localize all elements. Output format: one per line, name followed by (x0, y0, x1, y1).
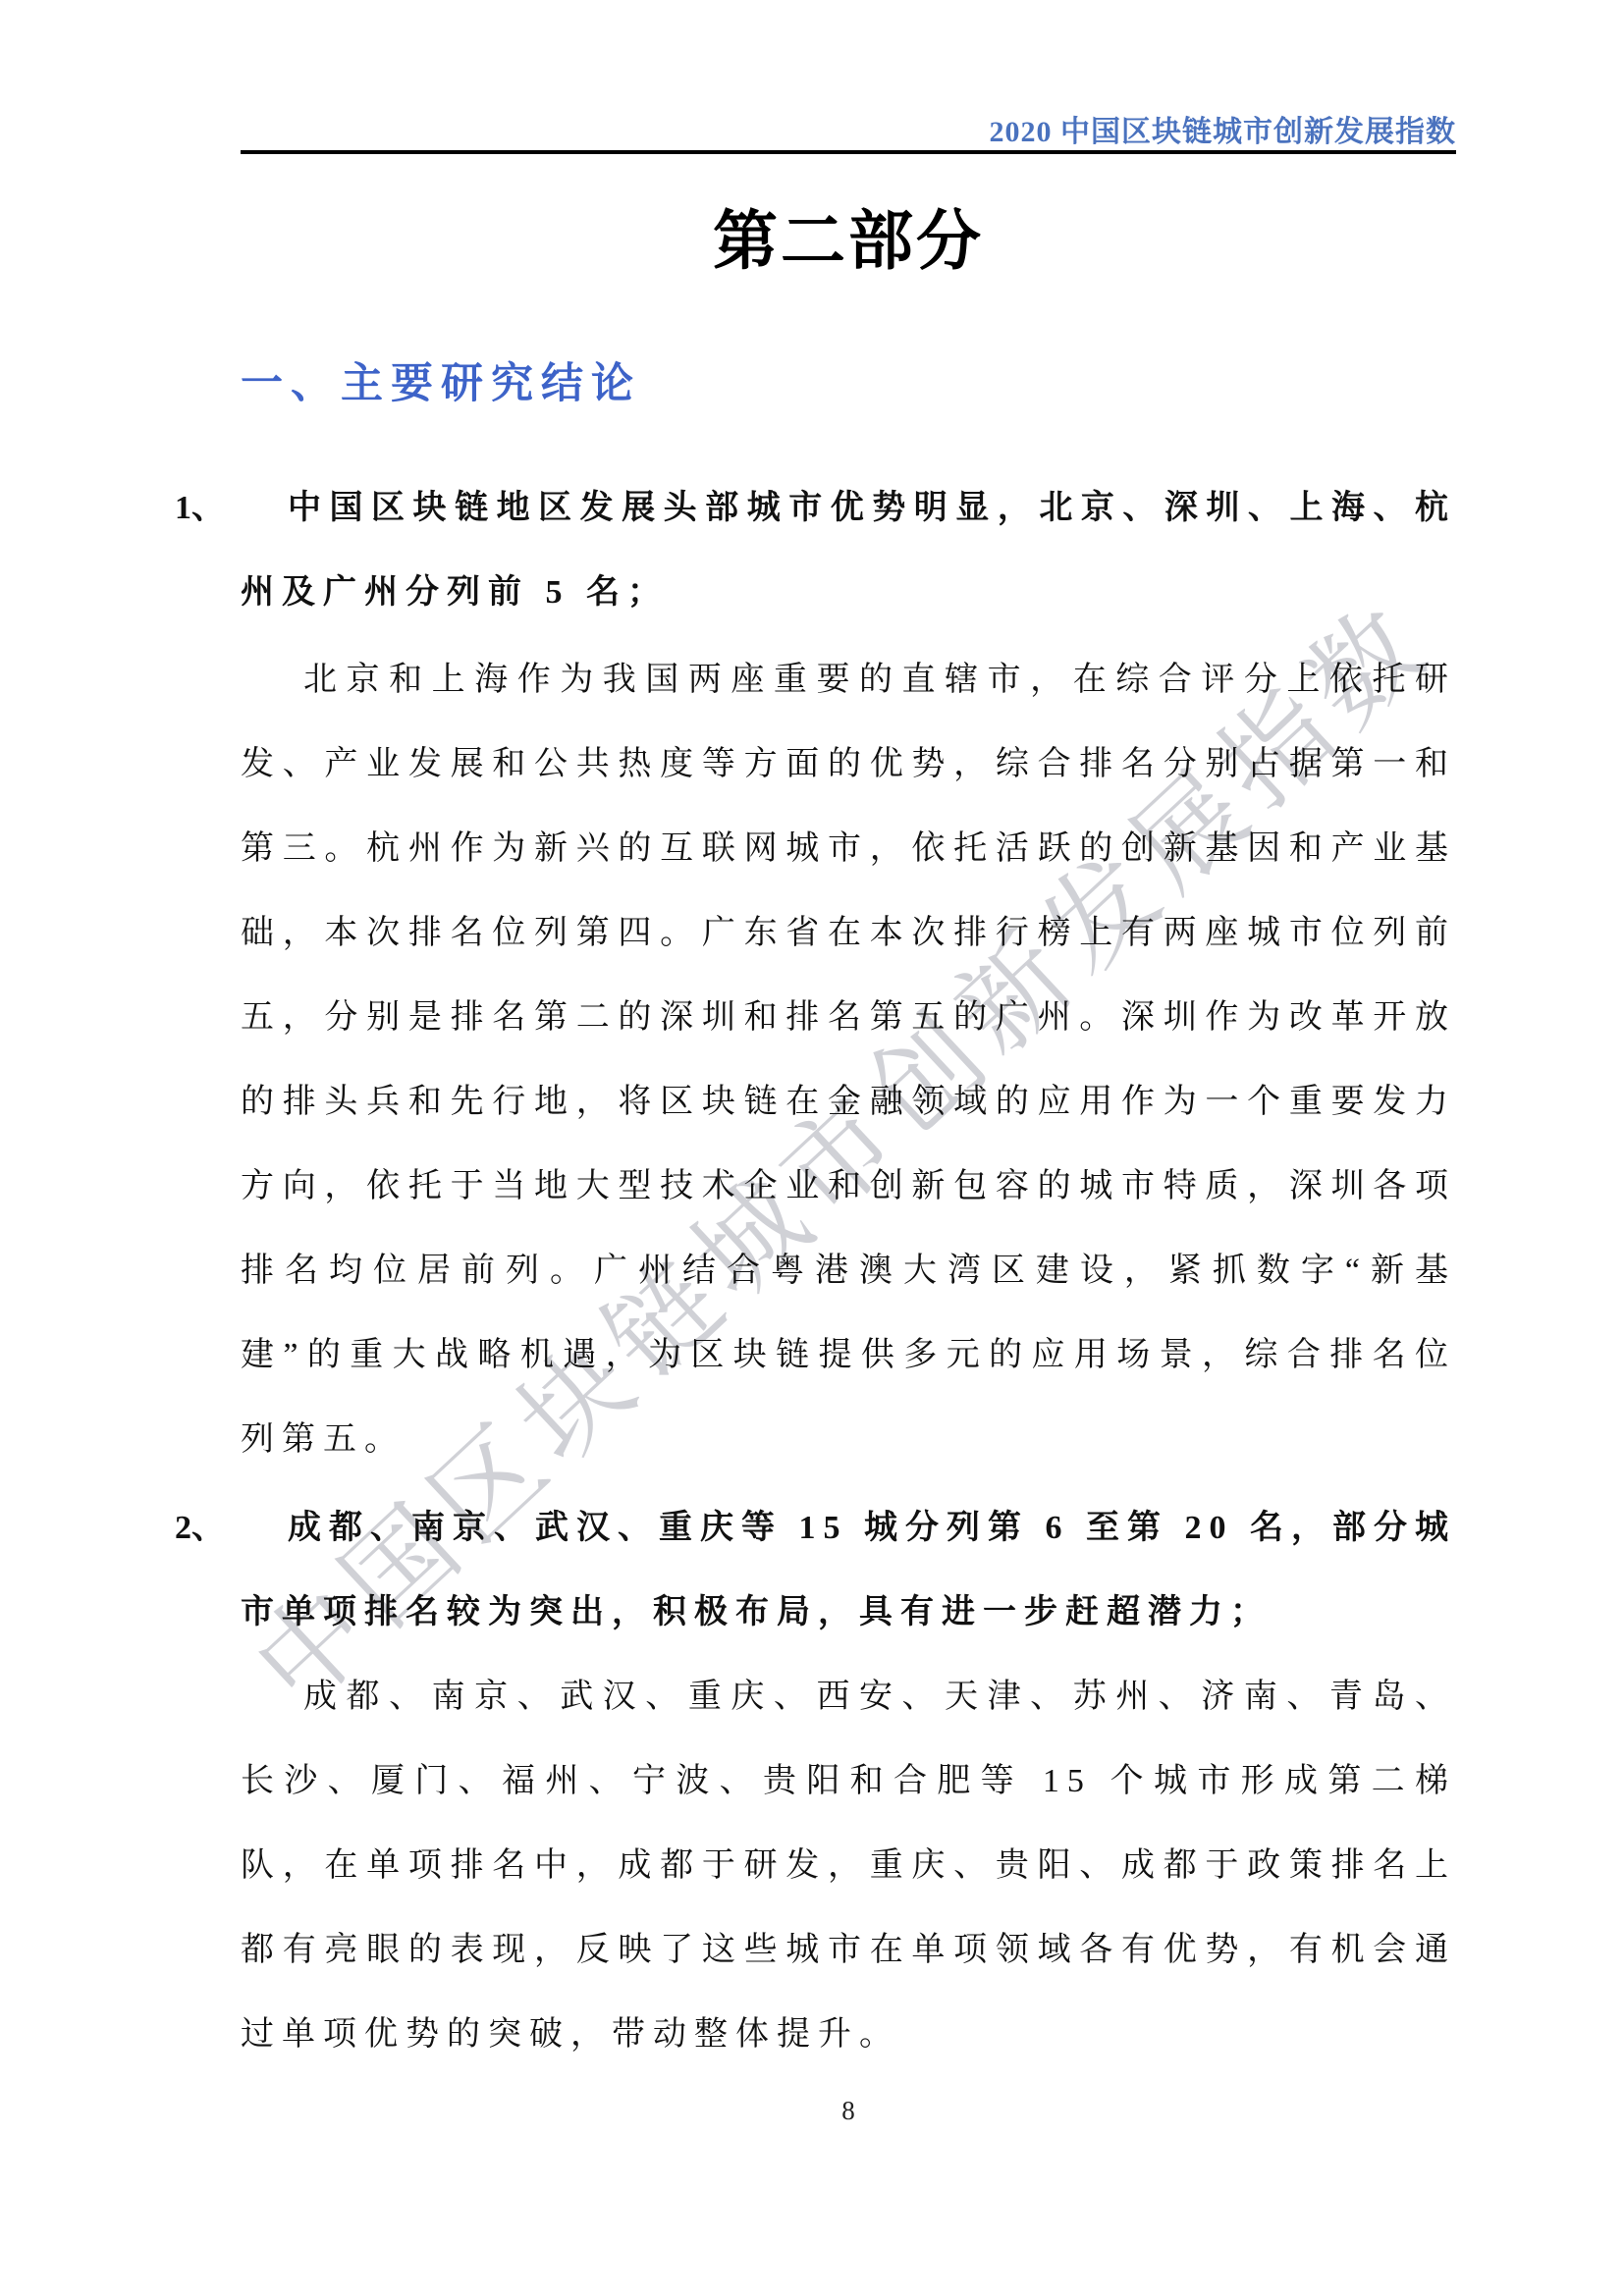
list-item-1-body: 北京和上海作为我国两座重要的直辖市，在综合评分上依托研发、产业发展和公共热度等方… (241, 638, 1456, 1482)
list-item-2-number: 2、 (175, 1486, 225, 1571)
list-item-1: 1、中国区块链地区发展头部城市优势明显，北京、深圳、上海、杭州及广州分列前 5 … (241, 466, 1456, 635)
section-heading: 一、主要研究结论 (241, 360, 1456, 409)
list-item-1-number: 1、 (175, 466, 225, 551)
running-header: 2020 中国区块链城市创新发展指数 (241, 0, 1456, 149)
list-item-1-heading: 中国区块链地区发展头部城市优势明显，北京、深圳、上海、杭州及广州分列前 5 名； (241, 490, 1456, 611)
page-title: 第二部分 (241, 203, 1456, 282)
page-content: 2020 中国区块链城市创新发展指数 第二部分 一、主要研究结论 1、中国区块链… (241, 0, 1456, 2130)
list-item-2-body: 成都、南京、武汉、重庆、西安、天津、苏州、济南、青岛、长沙、厦门、福州、宁波、贵… (241, 1655, 1456, 2077)
page-number: 8 (241, 2091, 1456, 2130)
list-item-2: 2、成都、南京、武汉、重庆等 15 城分列第 6 至第 20 名，部分城市单项排… (241, 1486, 1456, 1655)
list-item-2-heading: 成都、南京、武汉、重庆等 15 城分列第 6 至第 20 名，部分城市单项排名较… (241, 1510, 1456, 1630)
document-page: 中国区块链城市创新发展指数 2020 中国区块链城市创新发展指数 第二部分 一、… (0, 0, 1624, 2296)
header-rule (241, 150, 1456, 154)
